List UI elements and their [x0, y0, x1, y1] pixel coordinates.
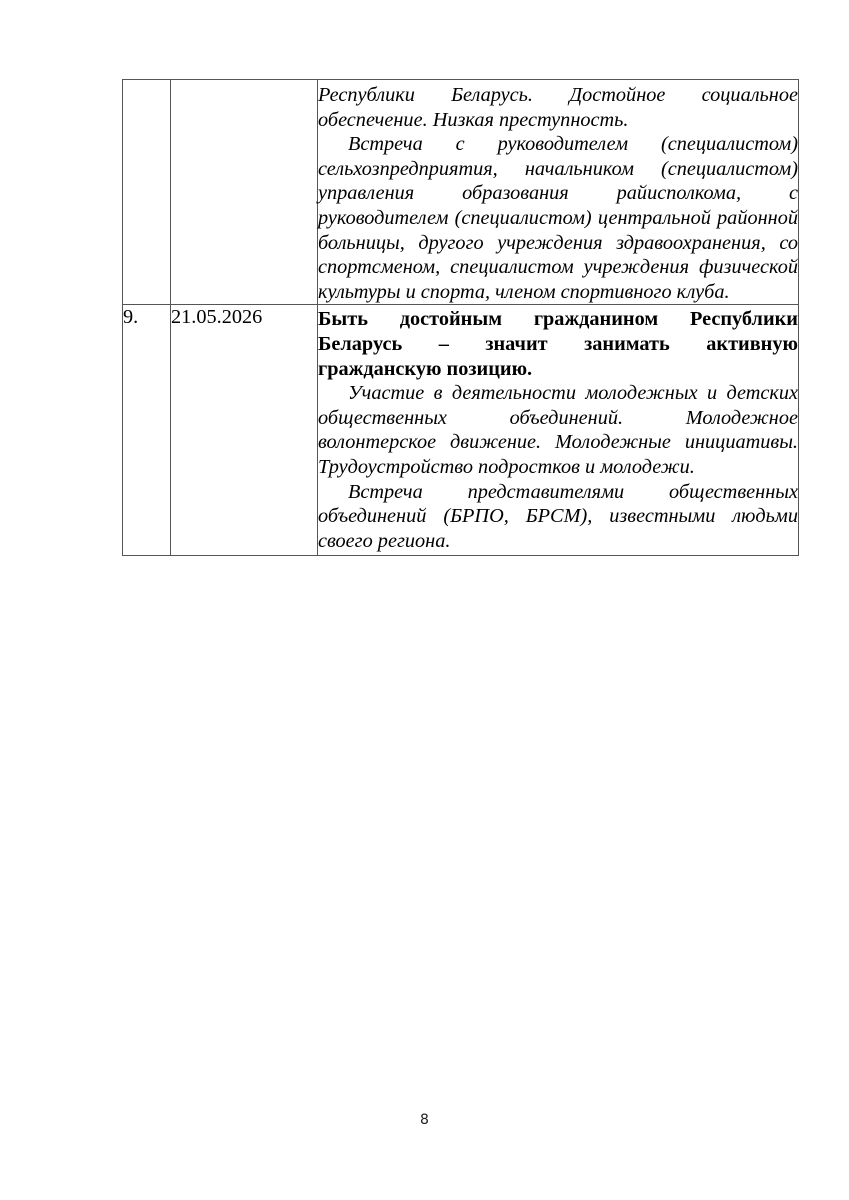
table-row: 9. 21.05.2026 Быть достойным гражданином… — [123, 305, 799, 556]
content-paragraph: Встреча с руководителем (специалистом) с… — [318, 132, 798, 304]
topic-heading: Быть достойным гражданином Республики Бе… — [318, 307, 798, 381]
content-paragraph: Республики Беларусь. Достойное социально… — [318, 83, 798, 132]
row-date: 21.05.2026 — [171, 305, 318, 556]
event-plan-table: Республики Беларусь. Достойное социально… — [122, 79, 799, 556]
content-paragraph: Участие в деятельности молодежных и детс… — [318, 381, 798, 479]
content-paragraph: Встреча представителями общественных объ… — [318, 480, 798, 554]
row-content: Быть достойным гражданином Республики Бе… — [318, 305, 799, 556]
row-date — [171, 80, 318, 305]
page-number: 8 — [0, 1112, 849, 1128]
row-number — [123, 80, 171, 305]
row-number: 9. — [123, 305, 171, 556]
table-row: Республики Беларусь. Достойное социально… — [123, 80, 799, 305]
row-content: Республики Беларусь. Достойное социально… — [318, 80, 799, 305]
